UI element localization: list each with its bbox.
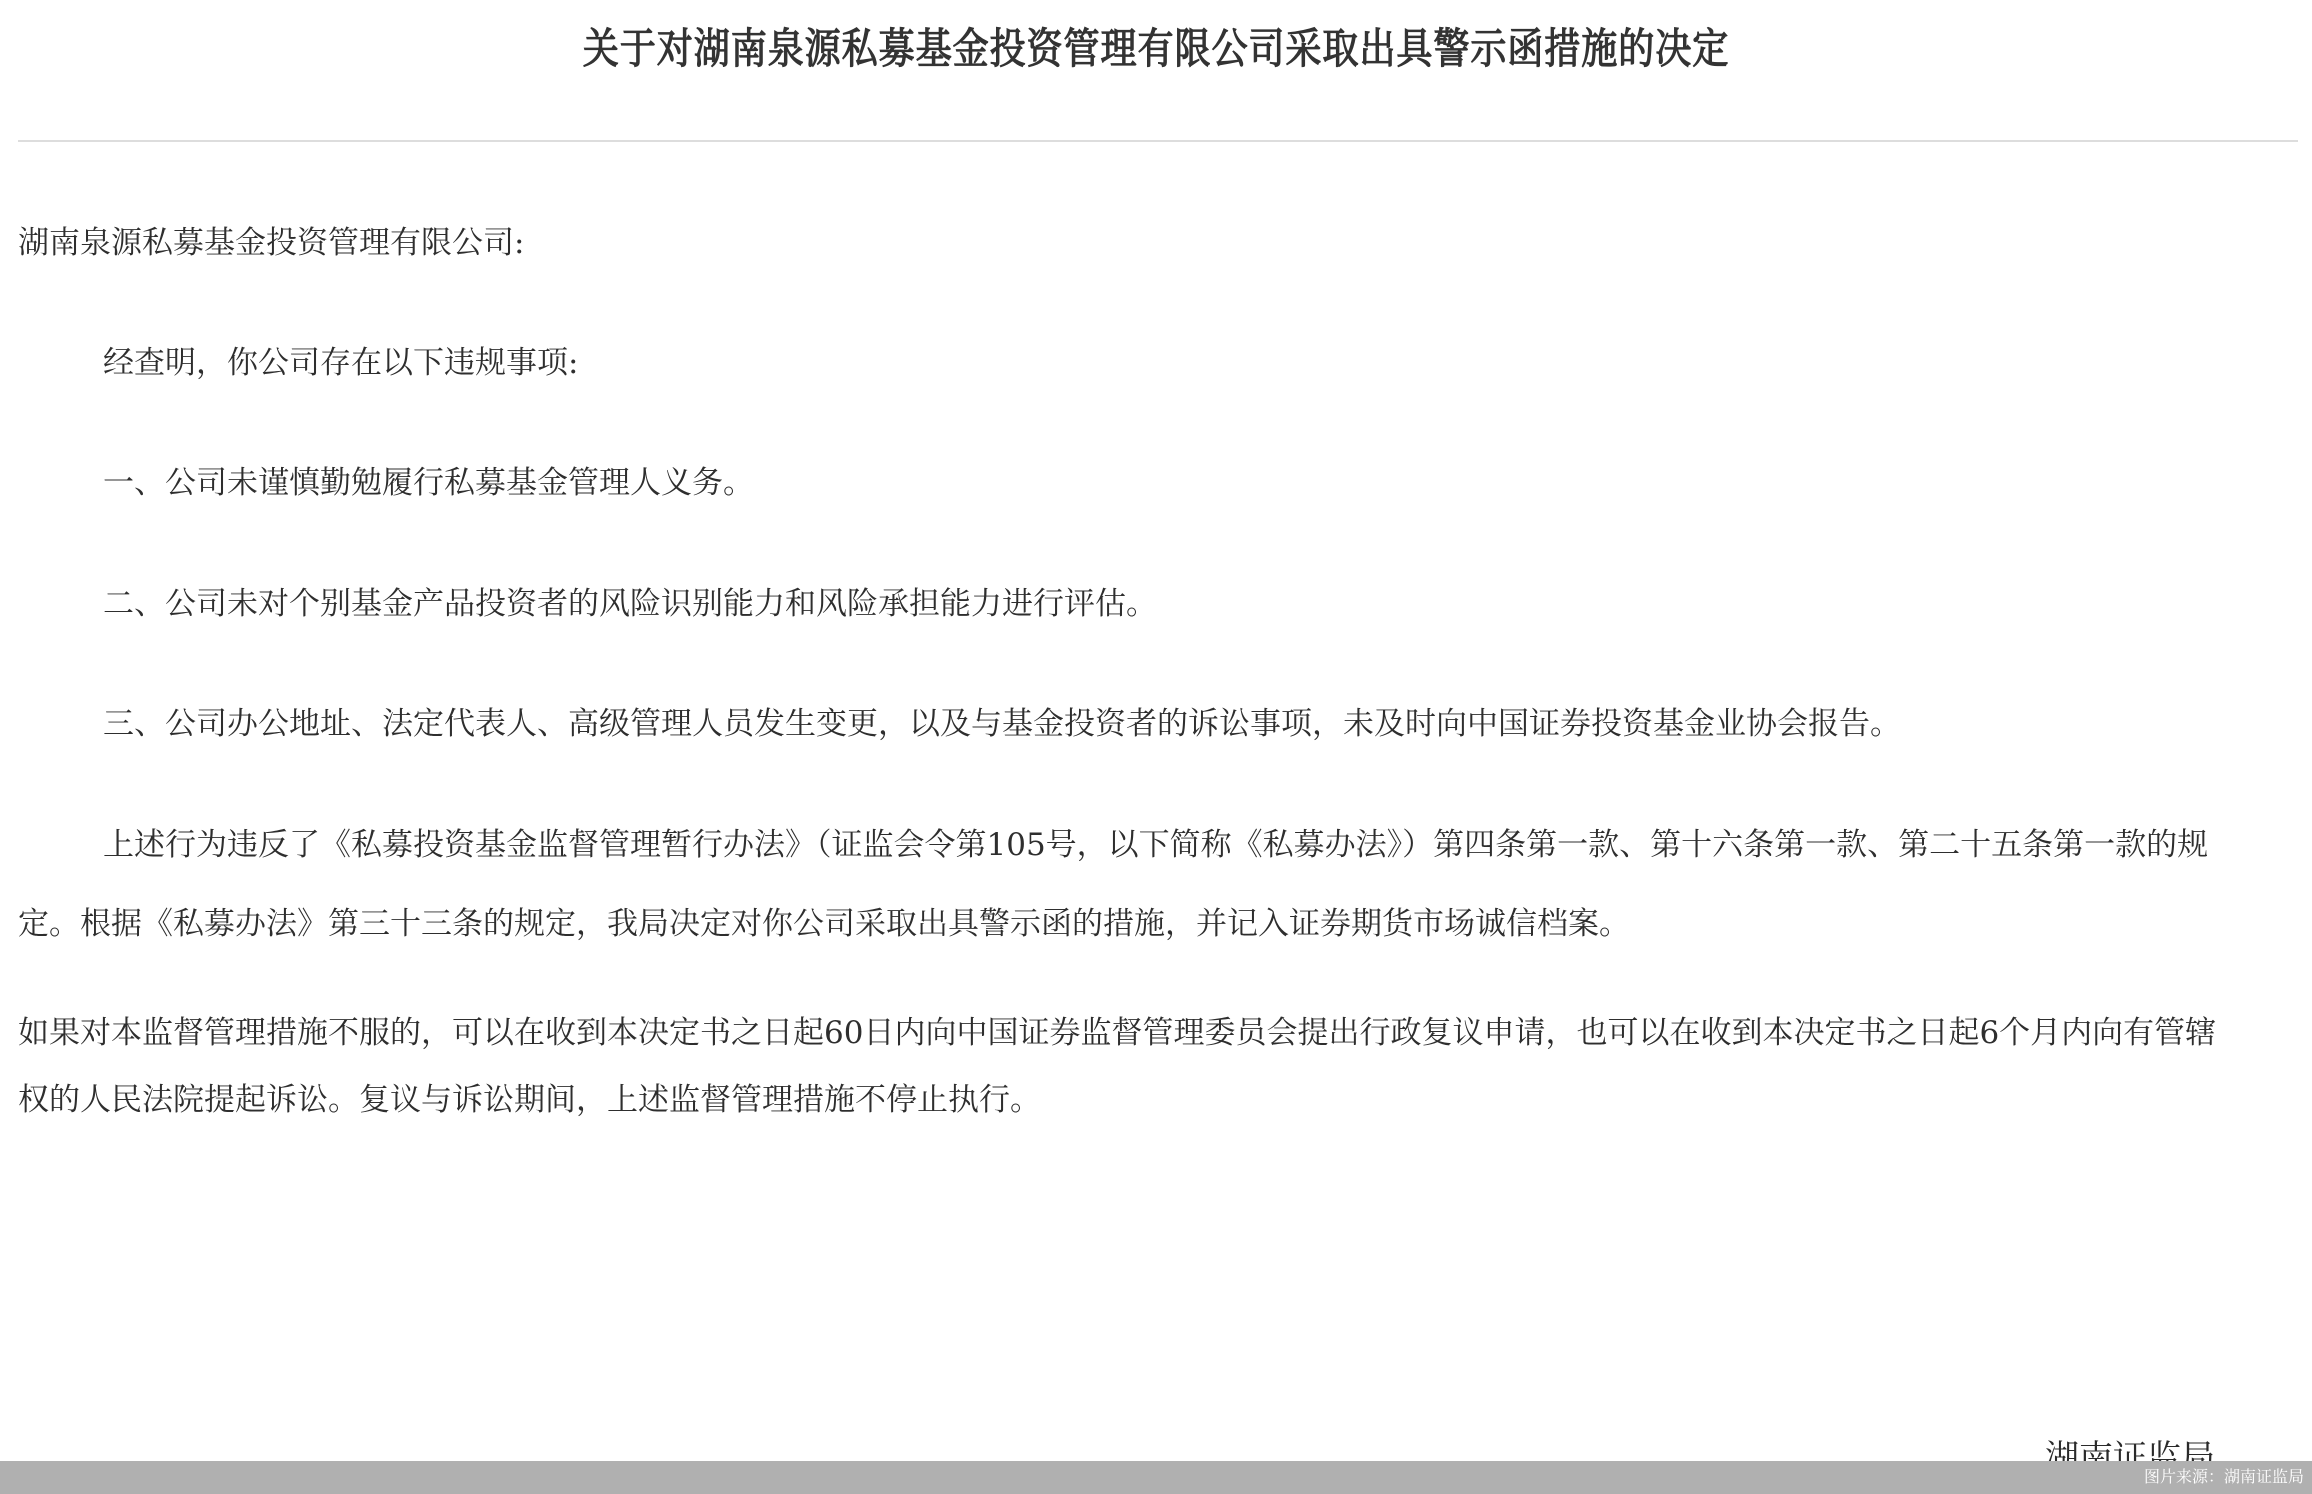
image-source-caption: 图片来源：湖南证监局	[2144, 1464, 2304, 1487]
addressee: 湖南泉源私募基金投资管理有限公司:	[18, 223, 524, 263]
decision-paragraph-line-1: 上述行为违反了《私募投资基金监督管理暂行办法》（证监会令第105号，以下简称《私…	[103, 825, 2208, 865]
document-title: 关于对湖南泉源私募基金投资管理有限公司采取出具警示函措施的决定	[162, 16, 2150, 76]
title-divider	[18, 140, 2298, 142]
intro-paragraph: 经查明，你公司存在以下违规事项:	[103, 343, 578, 383]
appeal-paragraph-line-1: 如果对本监督管理措施不服的，可以在收到本决定书之日起60日内向中国证券监督管理委…	[18, 1013, 2216, 1053]
violation-item-1: 一、公司未谨慎勤勉履行私募基金管理人义务。	[103, 463, 754, 503]
appeal-paragraph-line-2: 权的人民法院提起诉讼。复议与诉讼期间，上述监督管理措施不停止执行。	[18, 1080, 1041, 1120]
decision-paragraph-line-2: 定。根据《私募办法》第三十三条的规定，我局决定对你公司采取出具警示函的措施，并记…	[18, 904, 1630, 944]
violation-item-3: 三、公司办公地址、法定代表人、高级管理人员发生变更，以及与基金投资者的诉讼事项，…	[103, 704, 1901, 744]
image-source-bar	[0, 1461, 2312, 1494]
violation-item-2: 二、公司未对个别基金产品投资者的风险识别能力和风险承担能力进行评估。	[103, 584, 1157, 624]
